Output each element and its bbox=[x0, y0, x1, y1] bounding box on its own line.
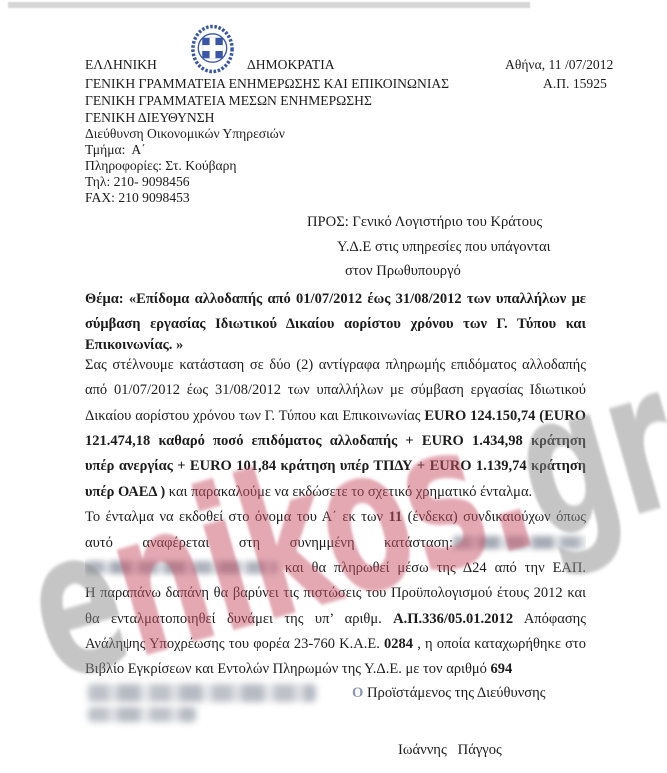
header-org-line1: ΓΕΝΙΚΗ ΓΡΑΜΜΑΤΕΙΑ ΕΝΗΜΕΡΩΣΗΣ ΚΑΙ ΕΠΙΚΟΙΝ… bbox=[85, 76, 449, 92]
recipient-line3: στον Πρωθυπουργό bbox=[345, 263, 461, 280]
signature-name: Ιωάννης Πάγγος bbox=[398, 742, 502, 759]
body-text-segment: και παρακαλούμε να εκδώσετε το σχετικό χ… bbox=[165, 484, 532, 500]
body-line: Βιβλίο Εγκρίσεων και Εντολών Πληρωμών τη… bbox=[85, 657, 586, 682]
body-text-segment: Δικαίου αορίστου χρόνου των Γ. Τύπου και… bbox=[85, 408, 424, 424]
body-text-segment: EURO 124.150,74 (EURO bbox=[424, 408, 586, 424]
body-text-segment: Επικοινωνίας. » bbox=[85, 338, 183, 353]
body-text-segment: Σας στέλνουμε κατάσταση σε δύο (2) αντίγ… bbox=[85, 357, 586, 373]
redacted-text bbox=[85, 561, 277, 574]
body-line: από 01/07/2012 έως 31/08/2012 των υπαλλή… bbox=[85, 378, 586, 403]
header-republic-right: ΔΗΜΟΚΡΑΤΙΑ bbox=[247, 57, 335, 73]
body-text-segment: Απόφασης bbox=[513, 611, 586, 627]
body-line: αυτό αναφέρεται στη συνημμένη κατάσταση: bbox=[85, 531, 586, 556]
body-text-segment: υπέρ ΟΑΕΔ ) bbox=[85, 484, 165, 500]
body-line: υπέρ ανεργίας + EURO 101,84 κράτηση υπέρ… bbox=[85, 454, 586, 479]
redacted-text bbox=[453, 536, 586, 549]
body-line: υπέρ ΟΑΕΔ ) και παρακαλούμε να εκδώσετε … bbox=[85, 480, 586, 505]
body-text-segment: Βιβλίο Εγκρίσεων και Εντολών Πληρωμών τη… bbox=[85, 661, 491, 677]
body-text-segment: Ανάληψης Υποχρέωσης του φορέα 23-760 Κ.Α… bbox=[85, 636, 384, 652]
body-text-segment: 0284 bbox=[384, 636, 413, 652]
body-text-segment: 694 bbox=[491, 661, 513, 677]
header-phone: Τηλ: 210- 9098456 bbox=[85, 174, 190, 190]
body-line: Η παραπάνω δαπάνη θα βαρύνει τις πιστώσε… bbox=[85, 581, 586, 606]
body-text-segment: Η παραπάνω δαπάνη θα βαρύνει τις πιστώσε… bbox=[85, 585, 586, 601]
body-text-segment: υπέρ ανεργίας + EURO 101,84 κράτηση υπέρ… bbox=[85, 458, 586, 474]
body-text-segment: από 01/07/2012 έως 31/08/2012 των υπαλλή… bbox=[85, 382, 586, 398]
body-text-segment: 121.474,18 καθαρό ποσό επιδόματος αλλοδα… bbox=[85, 433, 586, 449]
body-text-segment: , η οποία καταχωρήθηκε στο bbox=[413, 636, 586, 652]
body-text-segment: και θα πληρωθεί μέσω της Δ24 από την ΕΑΠ… bbox=[277, 560, 586, 576]
body-text-segment: (ένδεκα) συνδικαιούχων όπως bbox=[402, 509, 586, 525]
body-line: Θέμα: «Επίδομα αλλοδαπής από 01/07/2012 … bbox=[85, 287, 586, 312]
header-republic-left: ΕΛΛΗΝΙΚΗ bbox=[85, 57, 157, 73]
scan-artifact-band bbox=[8, 2, 530, 8]
recipient-line1: ΠΡΟΣ: Γενικό Λογιστήριο του Κράτους bbox=[307, 214, 542, 231]
header-section: Τμήμα: Α΄ bbox=[85, 142, 146, 158]
body-text-segment: Το ένταλμα να εκδοθεί στο όνομα του Α΄ ε… bbox=[85, 509, 389, 525]
body-line: Το ένταλμα να εκδοθεί στο όνομα του Α΄ ε… bbox=[85, 505, 586, 530]
body-text-segment: 11 bbox=[389, 509, 403, 525]
body-line: Δικαίου αορίστου χρόνου των Γ. Τύπου και… bbox=[85, 404, 586, 429]
body-line: θα ενταλματοποιηθεί δυνάμει της υπ’ αριθ… bbox=[85, 607, 586, 632]
body-line: Ανάληψης Υποχρέωσης του φορέα 23-760 Κ.Α… bbox=[85, 632, 586, 657]
greek-republic-emblem-icon bbox=[189, 23, 236, 80]
header-protocol-number: Α.Π. 15925 bbox=[543, 76, 607, 92]
body-text-segment: Θέμα: «Επίδομα αλλοδαπής από 01/07/2012 … bbox=[85, 291, 586, 307]
header-city-date: Αθήνα, 11 /07/2012 bbox=[505, 57, 613, 73]
header-org-line2: ΓΕΝΙΚΗ ΓΡΑΜΜΑΤΕΙΑ ΜΕΣΩΝ ΕΝΗΜΕΡΩΣΗΣ bbox=[85, 93, 372, 109]
signature-title: Ο Προϊστάμενος της Διεύθυνσης bbox=[352, 685, 546, 702]
body-line: 121.474,18 καθαρό ποσό επιδόματος αλλοδα… bbox=[85, 429, 586, 454]
body-line: Σας στέλνουμε κατάσταση σε δύο (2) αντίγ… bbox=[85, 353, 586, 378]
recipient-line2: Υ.Δ.Ε στις υπηρεσίες που υπάγονται bbox=[337, 239, 551, 256]
body-line: Επικοινωνίας. » bbox=[85, 338, 586, 353]
letter-body: Θέμα: «Επίδομα αλλοδαπής από 01/07/2012 … bbox=[85, 287, 586, 683]
redacted-text bbox=[88, 707, 196, 722]
body-line: και θα πληρωθεί μέσω της Δ24 από την ΕΑΠ… bbox=[85, 556, 586, 581]
body-text-segment: θα ενταλματοποιηθεί δυνάμει της υπ’ αριθ… bbox=[85, 611, 393, 627]
header-department: Διεύθυνση Οικονομικών Υπηρεσιών bbox=[85, 126, 285, 142]
scanned-document-page: enikos.gr ΕΛΛΗΝΙΚΗ ΔΗΜΟΚΡΑΤΙΑ Αθήνα, 11 … bbox=[0, 0, 667, 773]
body-line: σύμβαση εργασίας Ιδιωτικού Δικαίου αορίσ… bbox=[85, 312, 586, 337]
body-text-segment: αυτό αναφέρεται στη συνημμένη κατάσταση: bbox=[85, 535, 453, 551]
header-fax: FAX: 210 9098453 bbox=[85, 190, 190, 206]
header-org-line3: ΓΕΝΙΚΗ ΔΙΕΥΘΥΝΣΗ bbox=[85, 110, 214, 126]
body-text-segment: σύμβαση εργασίας Ιδιωτικού Δικαίου αορίσ… bbox=[85, 316, 586, 332]
redacted-text bbox=[88, 684, 316, 702]
body-text-segment: Α.Π.336/05.01.2012 bbox=[393, 611, 513, 627]
header-contact: Πληροφορίες: Στ. Κούβαρη bbox=[85, 158, 237, 174]
